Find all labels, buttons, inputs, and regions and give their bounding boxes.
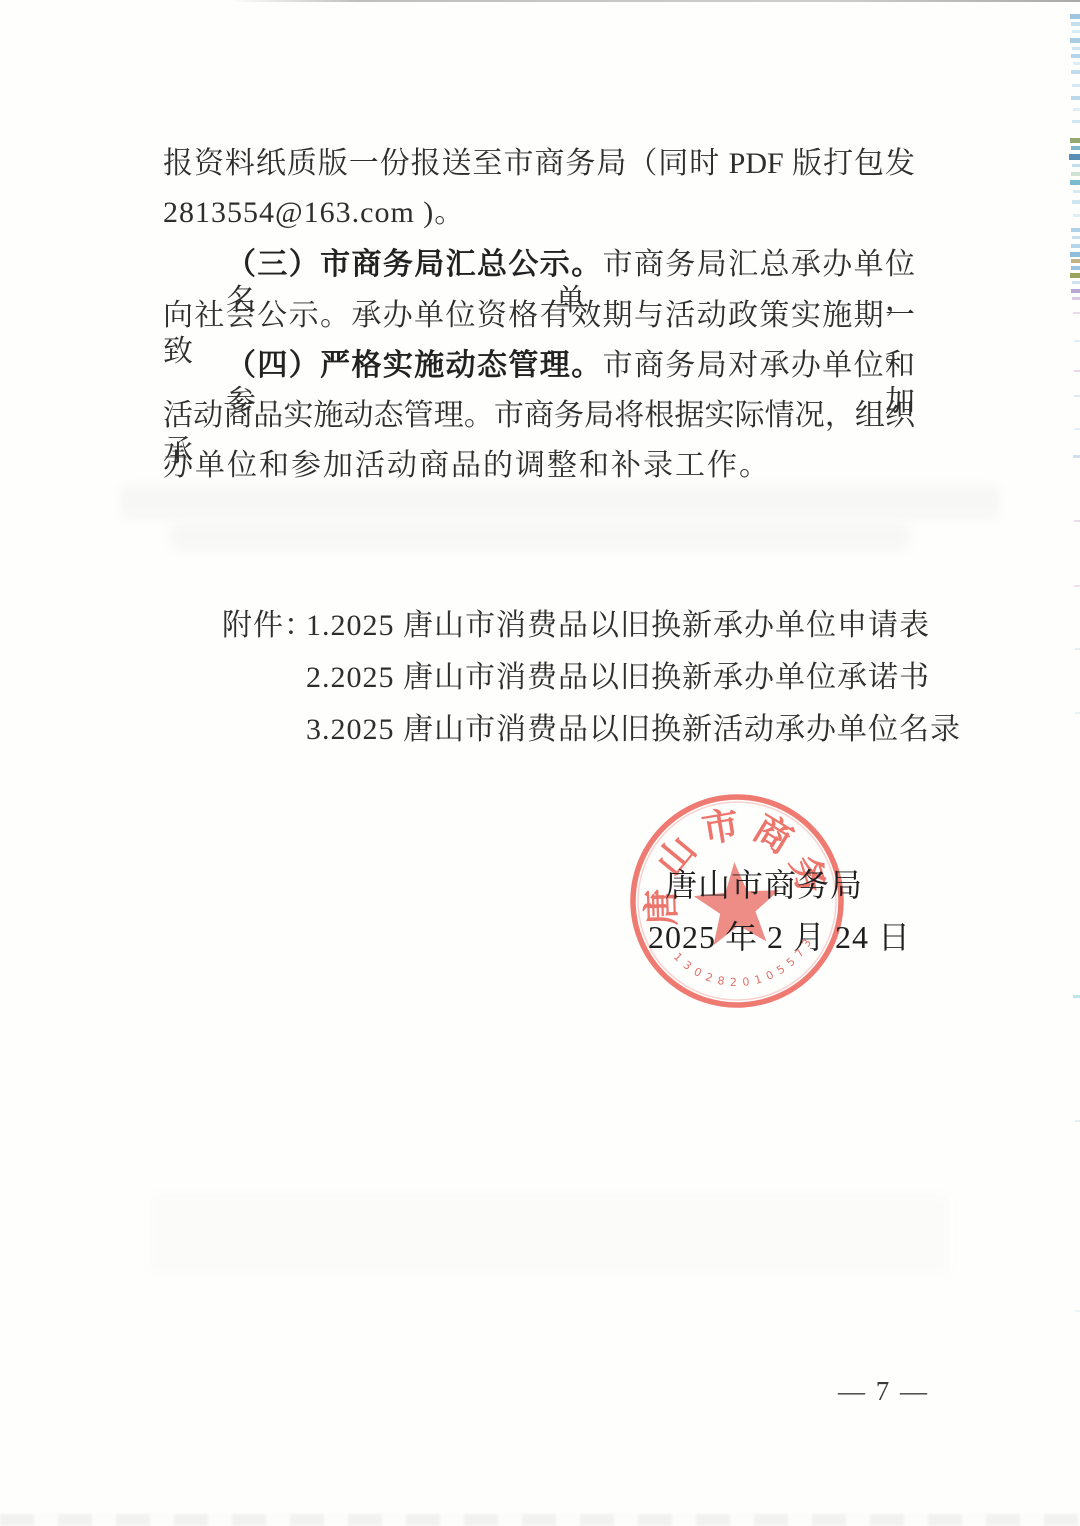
scan-artifact-stripe	[1072, 281, 1080, 284]
scan-smudge	[120, 485, 1000, 519]
scan-artifact-stripe	[1072, 164, 1080, 167]
scan-artifact-stripe	[1071, 146, 1080, 150]
scan-artifact-stripe	[1071, 96, 1080, 100]
scan-artifact-stripe	[1071, 54, 1080, 58]
scan-artifact-stripe	[1073, 995, 1080, 998]
scan-artifact-stripe	[1070, 273, 1080, 278]
scan-artifact-stripe	[1073, 214, 1080, 217]
scan-artifact-stripe	[1075, 1120, 1080, 1122]
body-line-email: 2813554@163.com )。	[163, 195, 465, 231]
page-number: — 7 —	[838, 1376, 929, 1407]
scan-artifact-stripe	[1071, 22, 1080, 26]
scan-artifact-stripe	[1074, 395, 1080, 397]
scan-artifact-stripe	[1071, 289, 1080, 293]
scan-artifact-stripe	[1073, 312, 1080, 314]
scan-artifact-stripe	[1070, 252, 1080, 257]
body-line: 办单位和参加活动商品的调整和补录工作。	[163, 448, 771, 484]
signature-org: 唐山市商务局	[665, 860, 863, 906]
scan-artifact-stripe	[1073, 190, 1080, 193]
scan-artifact-stripe	[1074, 370, 1080, 372]
scan-artifact-stripe	[1072, 47, 1080, 50]
scan-artifact-stripe	[1071, 172, 1080, 176]
scan-artifact-stripe	[1072, 120, 1080, 123]
scan-artifact-stripe	[1074, 428, 1080, 430]
scan-artifact-stripe	[1072, 297, 1080, 300]
scan-artifact-stripe	[1070, 38, 1080, 43]
scan-artifact-stripe	[1071, 70, 1080, 74]
scan-artifact-stripe	[1069, 154, 1080, 160]
scan-artifact-stripe	[1071, 266, 1080, 270]
scan-artifact-stripe	[1074, 340, 1080, 342]
scan-artifact-stripe	[1070, 138, 1080, 143]
body-line: 报资料纸质版一份报送至市商务局（同时 PDF 版打包发	[163, 146, 915, 182]
scan-artifact-stripe	[1073, 62, 1080, 65]
attachments-label: 附件：	[222, 600, 315, 644]
scan-artifact-stripe	[1072, 236, 1080, 239]
scan-artifact-stripe	[1072, 200, 1080, 204]
scan-artifact-stripe	[1072, 30, 1080, 33]
scan-bottom-bleed	[0, 1514, 1080, 1526]
scan-artifact-stripe	[1075, 1310, 1080, 1312]
scan-artifact-stripe	[1074, 585, 1080, 587]
scan-artifact-stripe	[1071, 244, 1080, 248]
section4-heading: （四）严格实施动态管理。	[226, 349, 603, 382]
scan-artifact-stripe	[1075, 712, 1080, 714]
scan-artifact-stripe	[1072, 84, 1080, 87]
scan-artifact-stripe	[1074, 520, 1080, 522]
scan-artifact-stripe	[1073, 108, 1080, 111]
section3-heading: （三）市商务局汇总公示。	[226, 248, 603, 281]
attachment-item: 3.2025 唐山市消费品以旧换新活动承办单位名录	[306, 704, 961, 748]
scan-artifact-stripe	[1073, 455, 1080, 458]
scan-smudge	[150, 1195, 950, 1275]
scan-smudge	[170, 524, 910, 550]
scan-artifact-stripe	[1071, 259, 1080, 263]
scan-artifact-stripe	[1070, 14, 1080, 19]
document-page: 报资料纸质版一份报送至市商务局（同时 PDF 版打包发 2813554@163.…	[0, 0, 1080, 1526]
scan-artifact-stripe	[1075, 648, 1080, 650]
attachment-item: 2.2025 唐山市消费品以旧换新承办单位承诺书	[306, 652, 930, 696]
signature-date: 2025 年 2 月 24 日	[648, 912, 911, 958]
scan-artifact-stripe	[1071, 228, 1080, 232]
scan-top-edge-line	[230, 0, 1080, 2]
attachment-item: 1.2025 唐山市消费品以旧换新承办单位申请表	[306, 600, 930, 644]
scan-artifact-stripe	[1070, 180, 1080, 185]
